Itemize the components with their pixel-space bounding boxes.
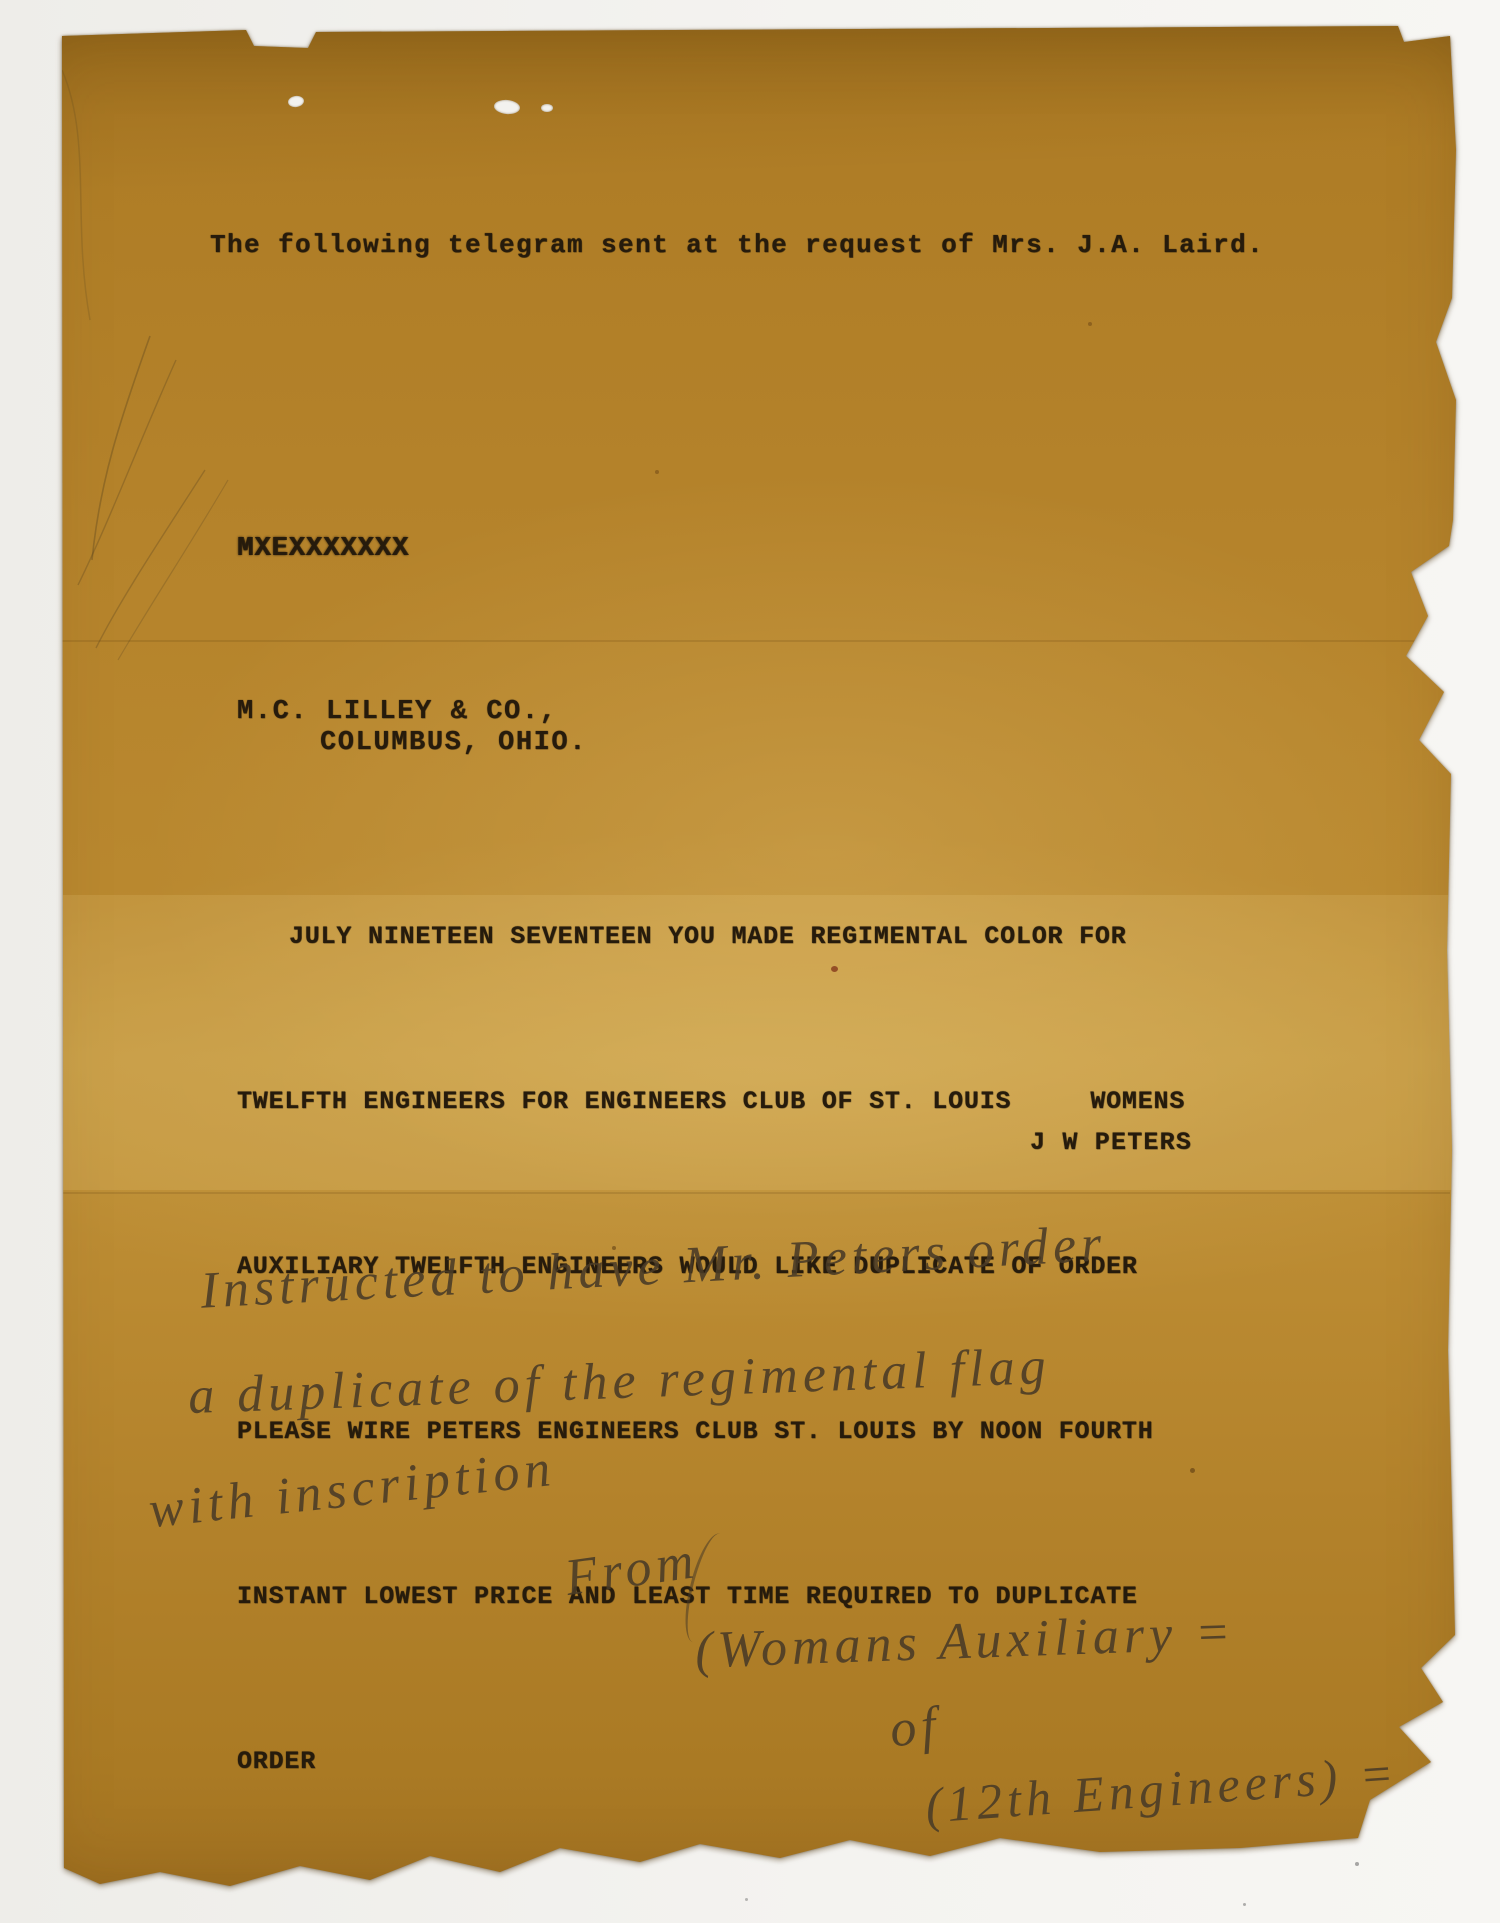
paper-hole — [287, 95, 304, 108]
telegram-body-line: TWELFTH ENGINEERS FOR ENGINEERS CLUB OF … — [237, 1074, 1185, 1129]
paper-shadow: The following telegram sent at the reque… — [0, 0, 1500, 1923]
scanned-document: The following telegram sent at the reque… — [0, 0, 1500, 1923]
stain-speck — [1088, 322, 1092, 326]
scan-speck — [1355, 1862, 1359, 1866]
struck-out-text: MXEXXXXXXX — [237, 534, 409, 564]
handwritten-line: of — [887, 1696, 943, 1760]
recipient-city: COLUMBUS, OHIO. — [320, 728, 587, 758]
scan-speck — [1243, 1903, 1246, 1906]
stain-speck — [1190, 1468, 1195, 1473]
paper-hole — [541, 104, 553, 112]
scan-speck — [745, 1898, 748, 1901]
recipient-name: M.C. LILLEY & CO., — [237, 697, 557, 727]
stain-speck — [655, 470, 659, 474]
paper-hole — [493, 99, 520, 115]
pencil-scratches — [0, 0, 300, 720]
intro-line: The following telegram sent at the reque… — [210, 230, 1264, 260]
telegram-paper: The following telegram sent at the reque… — [0, 0, 1500, 1923]
signature: J W PETERS — [1030, 1128, 1192, 1157]
telegram-body-line: JULY NINETEEN SEVENTEEN YOU MADE REGIMEN… — [237, 909, 1185, 964]
